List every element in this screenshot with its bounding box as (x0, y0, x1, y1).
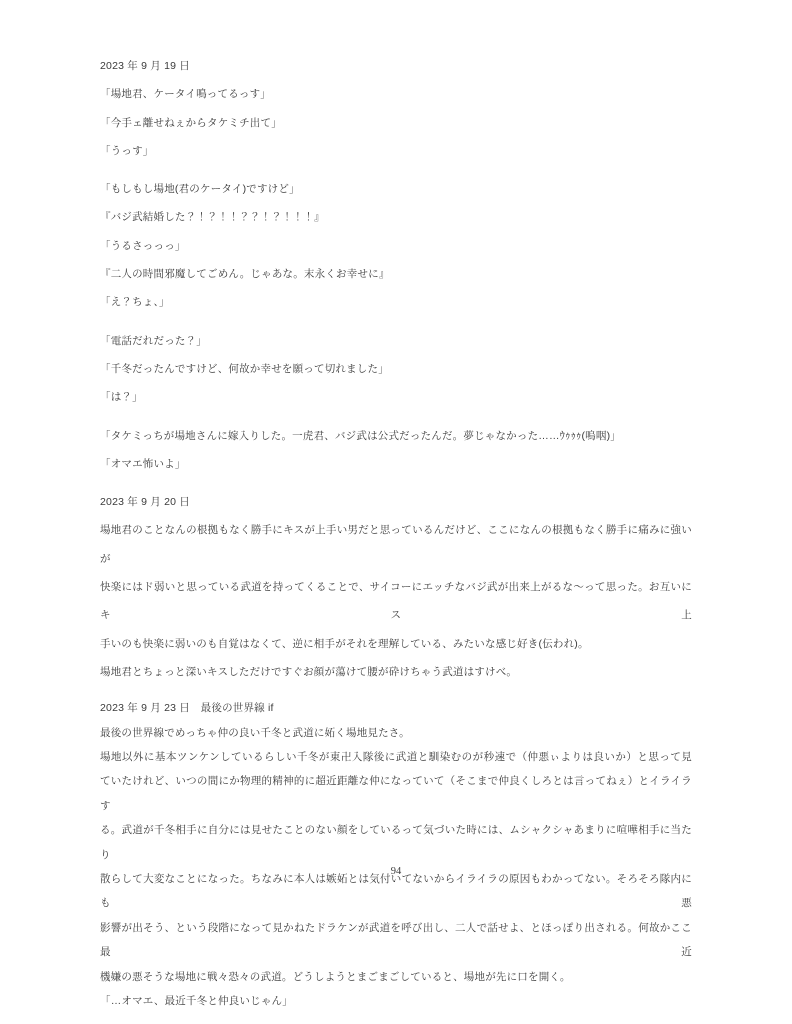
body-line: る。武道が千冬相手に自分には見せたことのない顔をしているって気づいた時には、ムシ… (100, 818, 692, 867)
paragraph-gap (100, 317, 692, 327)
dialogue-line: 「は？」 (100, 383, 692, 411)
dialogue-line: 「オマエ怖いよ」 (100, 450, 692, 478)
dialogue-line: 「…オマエ、最近千冬と仲良いじゃん」 (100, 989, 692, 1013)
body-line: 場地君とちょっと深いキスしただけですぐお顔が蕩けて腰が砕けちゃう武道はすけべ。 (100, 658, 692, 686)
body-line: 最後の世界線でめっちゃ仲の良い千冬と武道に妬く場地見たさ。 (100, 721, 692, 745)
dialogue-line: 「場地君、ケータイ鳴ってるっす」 (100, 80, 692, 108)
page-number: 94 (0, 866, 792, 877)
page-content: 2023 年 9 月 19 日「場地君、ケータイ鳴ってるっす」「今手ェ離せねぇか… (0, 0, 792, 1014)
dialogue-line: 「電話だれだった？」 (100, 327, 692, 355)
body-line: 手いのも快楽に弱いのも自覚はなくて、逆に相手がそれを理解している、みたいな感じ好… (100, 630, 692, 658)
body-line: 影響が出そう、という段階になって見かねたドラケンが武道を呼び出し、二人で話せよ、… (100, 916, 692, 965)
entry-date: 2023 年 9 月 23 日 最後の世界線 if (100, 696, 692, 720)
dialogue-line: 「うっす」 (100, 137, 692, 165)
dialogue-line: 「うるさっっっ」 (100, 232, 692, 260)
dialogue-line: 「え？ちょ、」 (100, 288, 692, 316)
paragraph-gap (100, 478, 692, 488)
body-line: 場地君のことなんの根拠もなく勝手にキスが上手い男だと思っているんだけど、ここにな… (100, 516, 692, 573)
dialogue-line: 『バジ武結婚した？！？！！？？！？！！！』 (100, 203, 692, 231)
paragraph-gap (100, 165, 692, 175)
dialogue-line: 「もしもし場地(君のケータイ)ですけど」 (100, 175, 692, 203)
dialogue-line: 「タケミっちが場地さんに嫁入りした。一虎君、バジ武は公式だったんだ。夢じゃなかっ… (100, 422, 692, 450)
entry-date: 2023 年 9 月 19 日 (100, 52, 692, 80)
entry-date: 2023 年 9 月 20 日 (100, 488, 692, 516)
dialogue-line: 「千冬だったんですけど、何故か幸せを願って切れました」 (100, 355, 692, 383)
dialogue-line: 『二人の時間邪魔してごめん。じゃあな。末永くお幸せに』 (100, 260, 692, 288)
body-line: 機嫌の悪そうな場地に戦々恐々の武道。どうしようとまごまごしていると、場地が先に口… (100, 965, 692, 989)
document-page: 2023 年 9 月 19 日「場地君、ケータイ鳴ってるっす」「今手ェ離せねぇか… (0, 0, 792, 1024)
paragraph-gap (100, 686, 692, 696)
paragraph-gap (100, 412, 692, 422)
body-line: 場地以外に基本ツンケンしているらしい千冬が東卍入隊後に武道と馴染むのが秒速で（仲… (100, 745, 692, 769)
body-line: 快楽にはド弱いと思っている武道を持ってくることで、サイコーにエッチなバジ武が出来… (100, 573, 692, 630)
body-line: ていたけれど、いつの間にか物理的精神的に超近距離な仲になっていて（そこまで仲良く… (100, 769, 692, 818)
dialogue-line: 「今手ェ離せねぇからタケミチ出て」 (100, 109, 692, 137)
